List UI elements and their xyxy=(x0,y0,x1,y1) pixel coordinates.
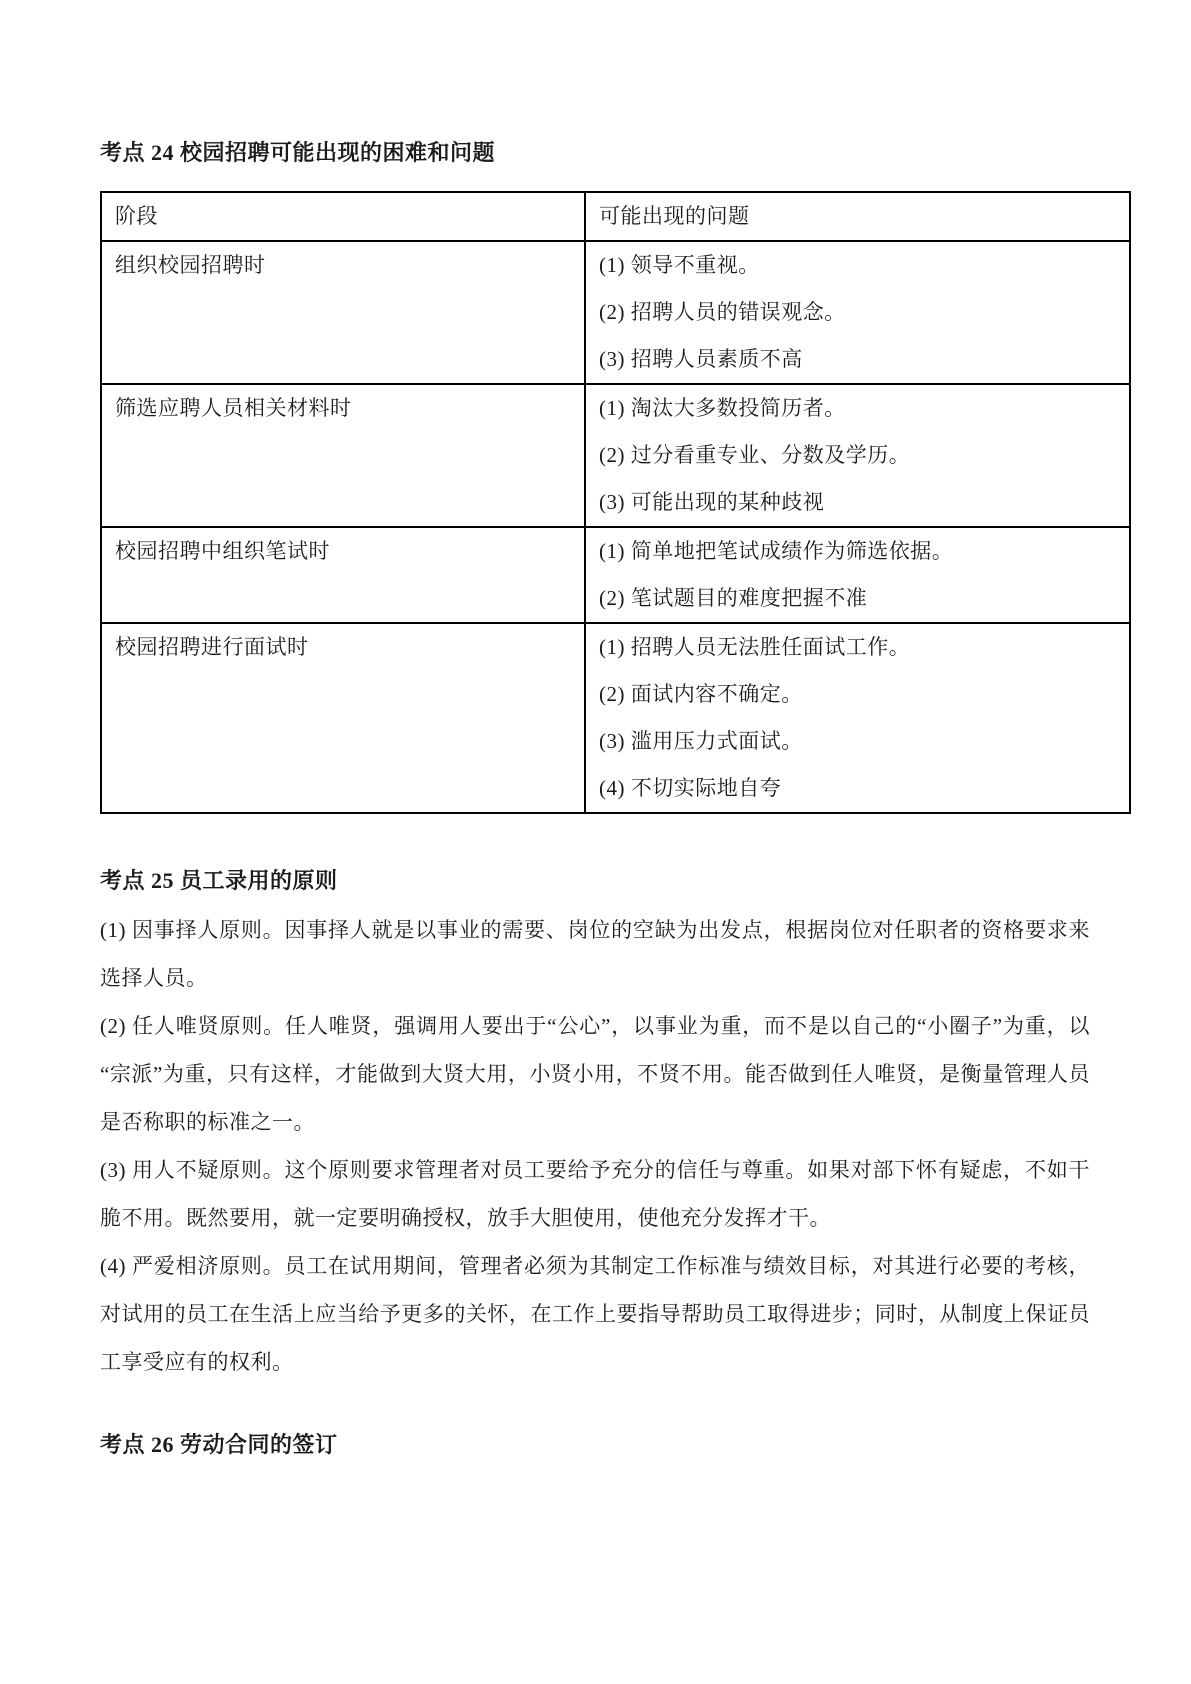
column-header-problems: 可能出现的问题 xyxy=(585,192,1130,241)
table-header-row: 阶段 可能出现的问题 xyxy=(101,192,1130,241)
stage-text: 校园招聘进行面试时 xyxy=(115,624,571,671)
problem-item: (4) 不切实际地自夸 xyxy=(599,765,1116,812)
problem-item: (2) 过分看重专业、分数及学历。 xyxy=(599,432,1116,479)
table-row: 筛选应聘人员相关材料时 (1) 淘汰大多数投简历者。 (2) 过分看重专业、分数… xyxy=(101,384,1130,527)
section-25-body: (1) 因事择人原则。因事择人就是以事业的需要、岗位的空缺为出发点，根据岗位对任… xyxy=(100,906,1090,1386)
problem-item: (2) 面试内容不确定。 xyxy=(599,671,1116,718)
principle-paragraph: (4) 严爱相济原则。员工在试用期间，管理者必须为其制定工作标准与绩效目标，对其… xyxy=(100,1242,1090,1386)
stage-cell: 组织校园招聘时 xyxy=(101,241,585,384)
problem-item: (1) 淘汰大多数投简历者。 xyxy=(599,385,1116,432)
column-header-stage: 阶段 xyxy=(101,192,585,241)
problems-cell: (1) 简单地把笔试成绩作为筛选依据。 (2) 笔试题目的难度把握不准 xyxy=(585,527,1130,623)
recruitment-problems-table: 阶段 可能出现的问题 组织校园招聘时 (1) 领导不重视。 (2) 招聘人员的错… xyxy=(100,191,1131,814)
problem-item: (2) 笔试题目的难度把握不准 xyxy=(599,575,1116,622)
stage-text: 筛选应聘人员相关材料时 xyxy=(115,385,571,432)
problem-item: (1) 招聘人员无法胜任面试工作。 xyxy=(599,624,1116,671)
problem-item: (3) 可能出现的某种歧视 xyxy=(599,479,1116,526)
table-row: 校园招聘中组织笔试时 (1) 简单地把笔试成绩作为筛选依据。 (2) 笔试题目的… xyxy=(101,527,1130,623)
principle-paragraph: (3) 用人不疑原则。这个原则要求管理者对员工要给予充分的信任与尊重。如果对部下… xyxy=(100,1146,1090,1242)
section-24-heading: 考点 24 校园招聘可能出现的困难和问题 xyxy=(100,138,1090,168)
table-row: 组织校园招聘时 (1) 领导不重视。 (2) 招聘人员的错误观念。 (3) 招聘… xyxy=(101,241,1130,384)
stage-cell: 校园招聘中组织笔试时 xyxy=(101,527,585,623)
problem-item: (2) 招聘人员的错误观念。 xyxy=(599,289,1116,336)
problem-item: (1) 领导不重视。 xyxy=(599,242,1116,289)
stage-text: 组织校园招聘时 xyxy=(115,242,571,289)
stage-cell: 筛选应聘人员相关材料时 xyxy=(101,384,585,527)
section-25-heading: 考点 25 员工录用的原则 xyxy=(100,866,1090,896)
problems-cell: (1) 淘汰大多数投简历者。 (2) 过分看重专业、分数及学历。 (3) 可能出… xyxy=(585,384,1130,527)
problems-cell: (1) 领导不重视。 (2) 招聘人员的错误观念。 (3) 招聘人员素质不高 xyxy=(585,241,1130,384)
problems-cell: (1) 招聘人员无法胜任面试工作。 (2) 面试内容不确定。 (3) 滥用压力式… xyxy=(585,623,1130,813)
problem-item: (3) 滥用压力式面试。 xyxy=(599,718,1116,765)
principle-paragraph: (1) 因事择人原则。因事择人就是以事业的需要、岗位的空缺为出发点，根据岗位对任… xyxy=(100,906,1090,1002)
stage-text: 校园招聘中组织笔试时 xyxy=(115,528,571,575)
problem-item: (3) 招聘人员素质不高 xyxy=(599,336,1116,383)
section-26-heading: 考点 26 劳动合同的签订 xyxy=(100,1430,1090,1460)
document-page: 考点 24 校园招聘可能出现的困难和问题 阶段 可能出现的问题 组织校园招聘时 … xyxy=(0,0,1191,1684)
table-row: 校园招聘进行面试时 (1) 招聘人员无法胜任面试工作。 (2) 面试内容不确定。… xyxy=(101,623,1130,813)
problem-item: (1) 简单地把笔试成绩作为筛选依据。 xyxy=(599,528,1116,575)
principle-paragraph: (2) 任人唯贤原则。任人唯贤，强调用人要出于“公心”，以事业为重，而不是以自己… xyxy=(100,1002,1090,1146)
stage-cell: 校园招聘进行面试时 xyxy=(101,623,585,813)
